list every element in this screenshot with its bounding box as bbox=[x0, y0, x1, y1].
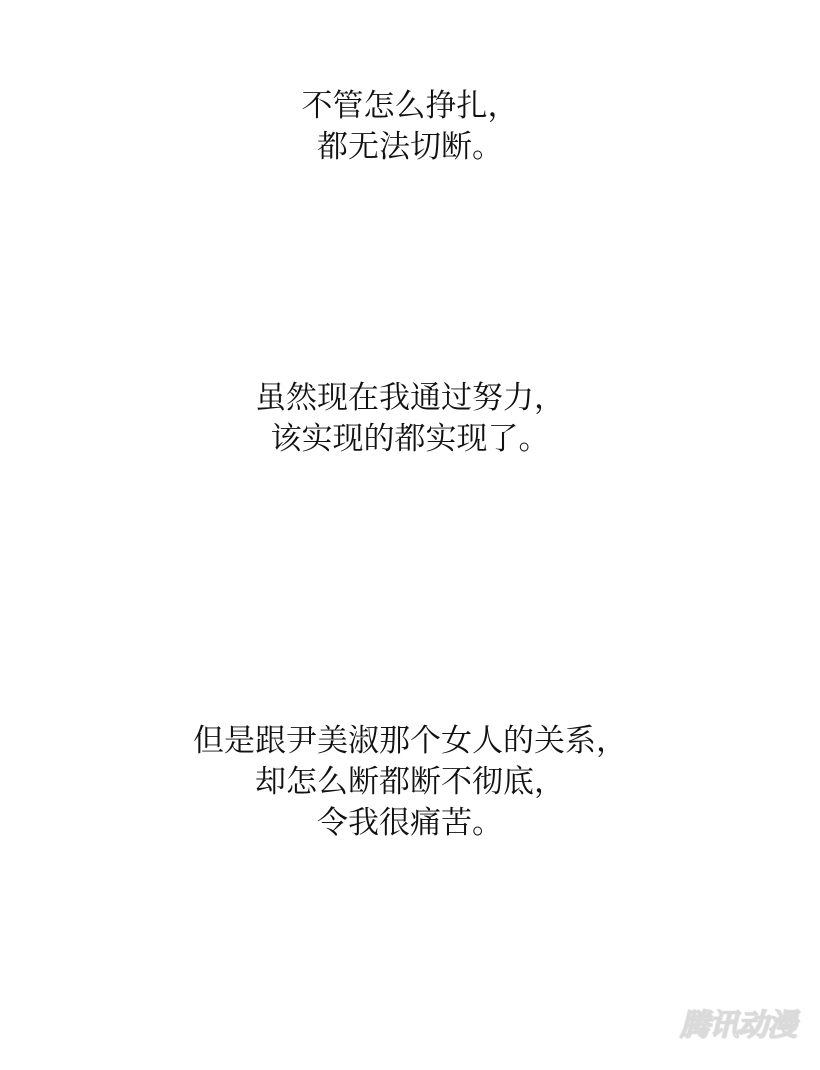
caption-line: 却怎么断都断不彻底， bbox=[0, 762, 820, 803]
caption-line: 都无法切断。 bbox=[0, 127, 820, 168]
caption-line: 令我很痛苦。 bbox=[0, 803, 820, 844]
caption-line: 但是跟尹美淑那个女人的关系， bbox=[0, 721, 820, 762]
caption-line: 虽然现在我通过努力， bbox=[0, 378, 820, 419]
caption-line: 不管怎么挣扎， bbox=[0, 86, 820, 127]
caption-block-1: 不管怎么挣扎， 都无法切断。 bbox=[0, 86, 820, 168]
caption-block-3: 但是跟尹美淑那个女人的关系， 却怎么断都断不彻底， 令我很痛苦。 bbox=[0, 721, 820, 844]
caption-line: 该实现的都实现了。 bbox=[0, 419, 820, 460]
caption-block-2: 虽然现在我通过努力， 该实现的都实现了。 bbox=[0, 378, 820, 460]
watermark-logo: 腾讯动漫 bbox=[680, 1000, 796, 1044]
